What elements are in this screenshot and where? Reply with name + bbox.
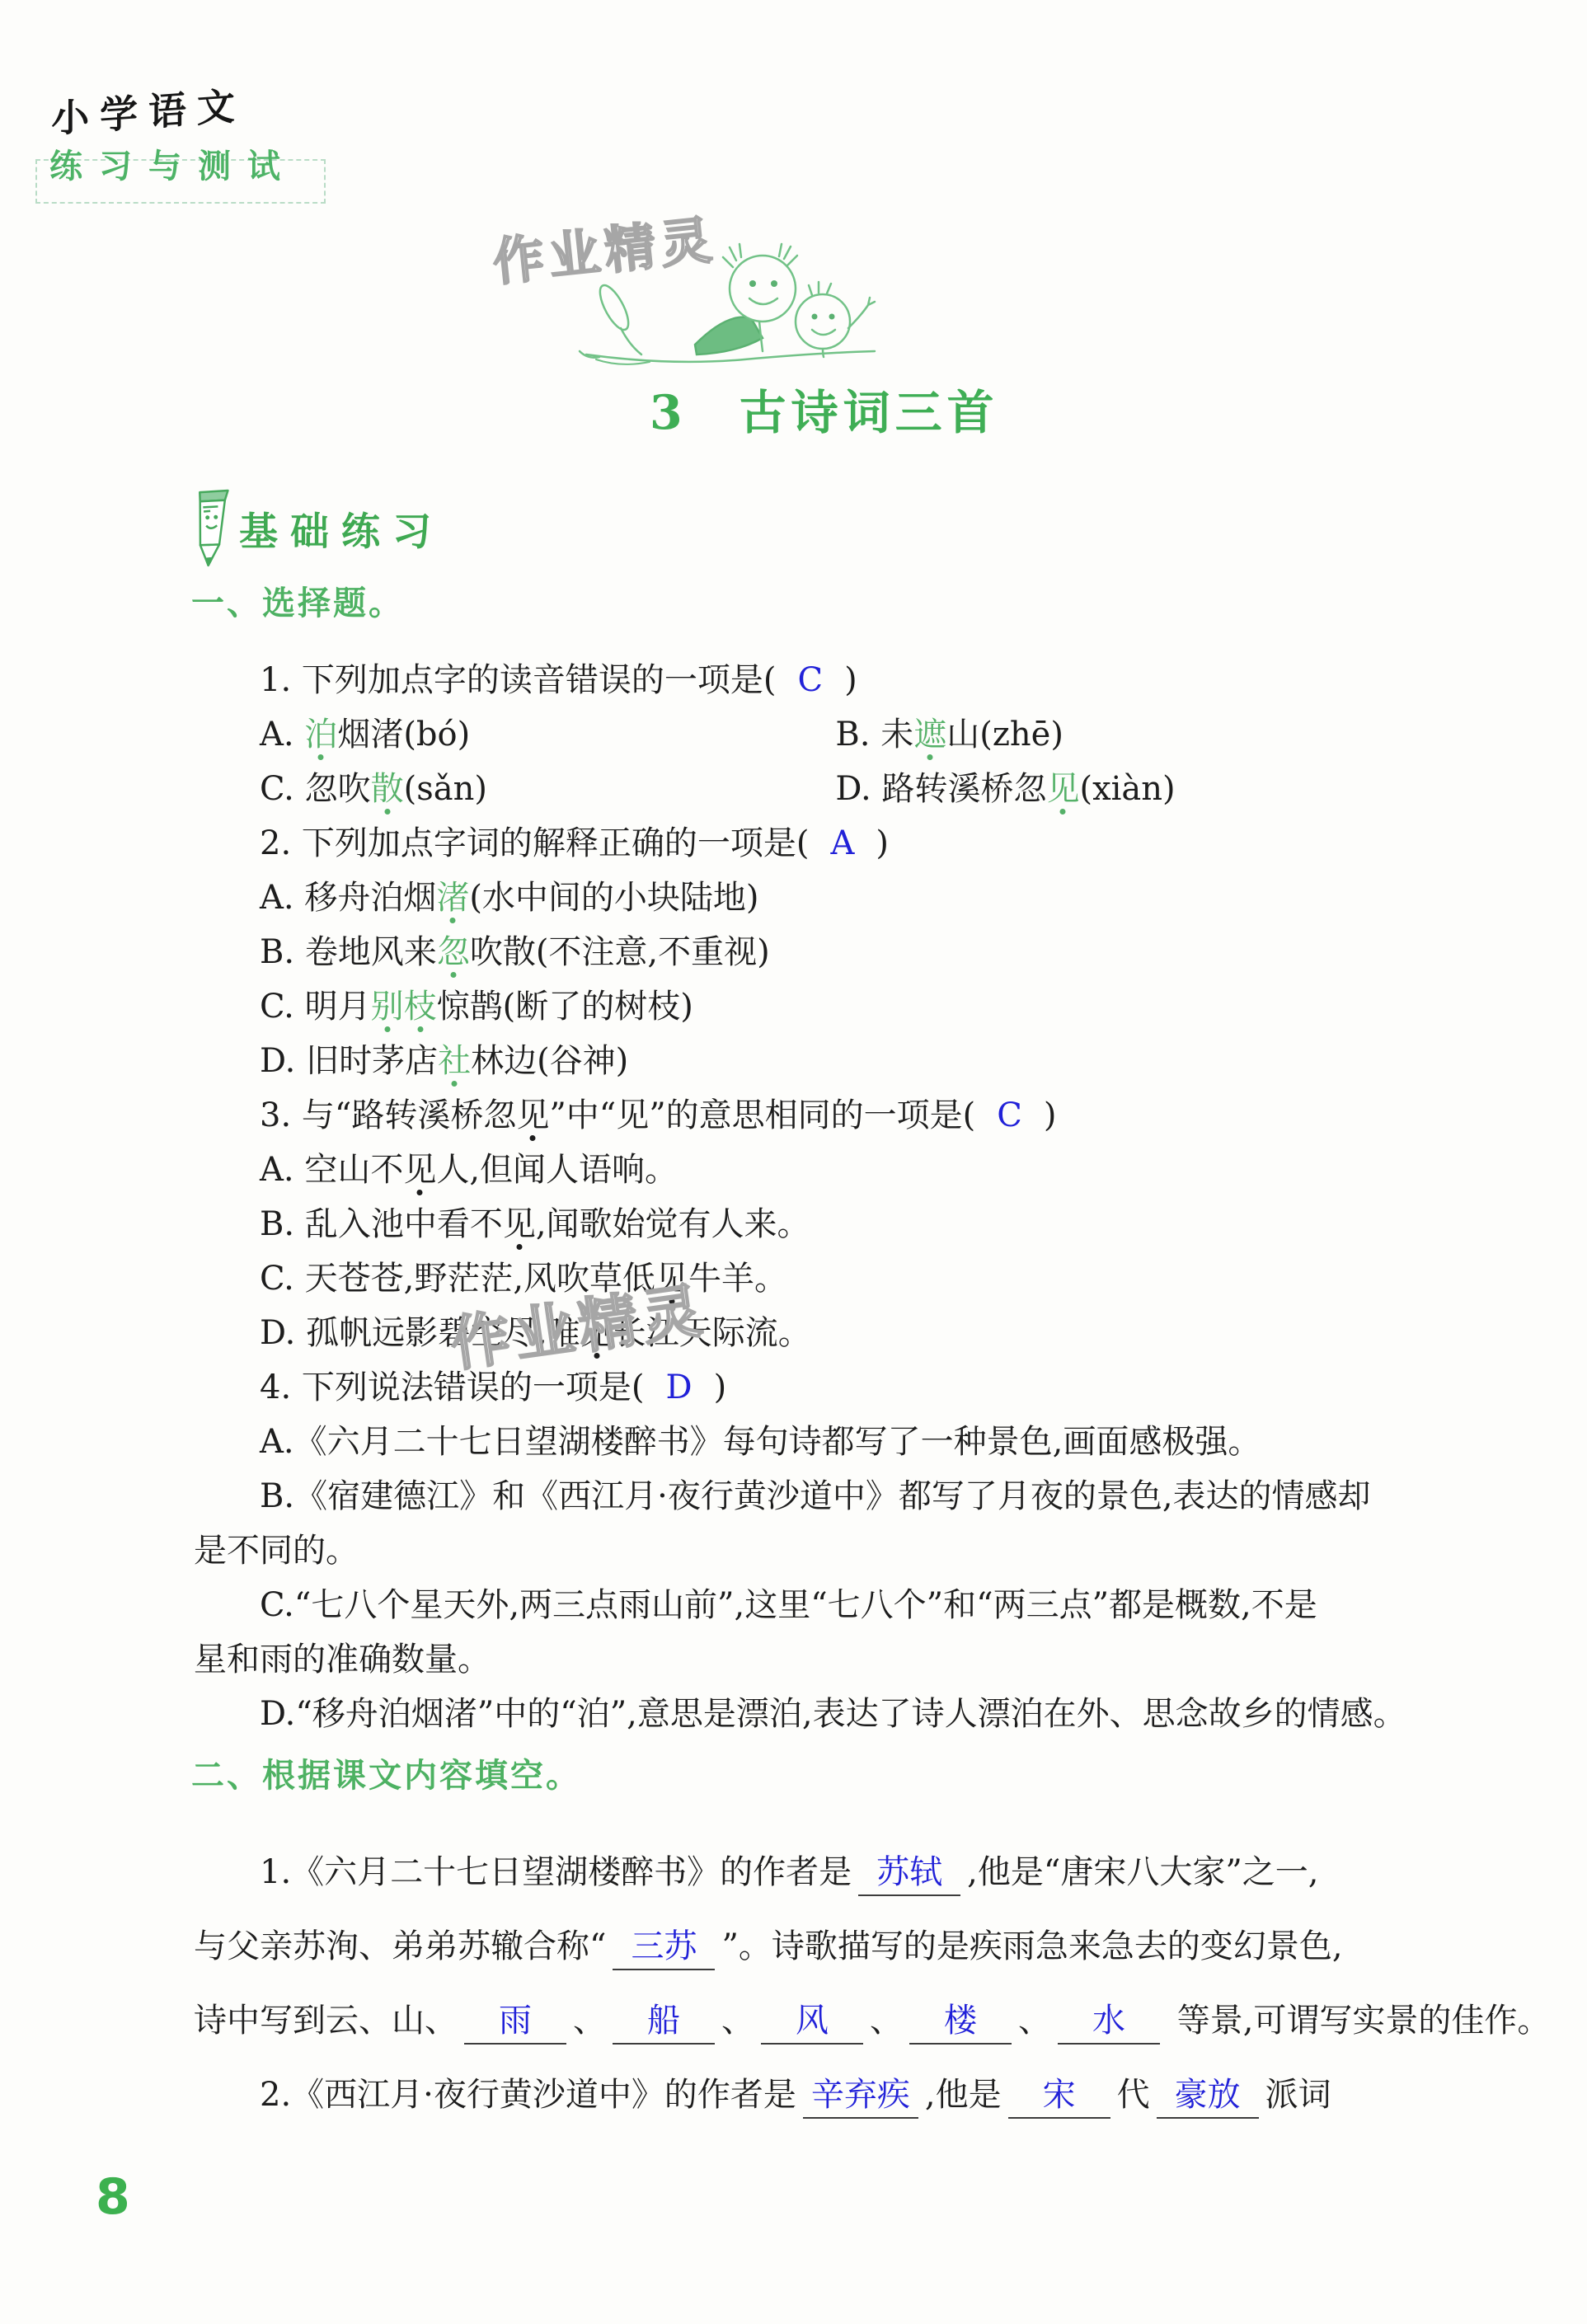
text-segment: 、: [721, 2002, 754, 2040]
option-2d: D. 旧时茅店社林边(谷神): [194, 1039, 1459, 1093]
text-segment: ): [1044, 1096, 1057, 1134]
pencil-icon: [185, 486, 237, 572]
option-4d: D.“移舟泊烟渚”中的“泊”,意思是漂泊,表达了诗人漂泊在外、思念故乡的情感。: [194, 1692, 1459, 1746]
option-column: D. 路转溪桥忽见(xiàn): [835, 770, 1175, 808]
text-segment: B. 未: [835, 716, 913, 754]
answer-letter: A: [809, 824, 876, 862]
option-2c: C. 明月别枝惊鹊(断了的树枝): [194, 984, 1459, 1039]
answer-letter: C: [776, 661, 844, 699]
text-segment: 4. 下列说法错误的一项是(: [260, 1369, 644, 1406]
text-segment: 烟渚(bó): [337, 716, 470, 754]
fill-1b: 与父亲苏洵、弟弟苏辙合称“三苏”。诗歌描写的是疾雨急来急去的变幻景色,: [194, 1923, 1459, 1997]
fill-1c: 诗中写到云、山、雨、船、风、楼、水 等景,可谓写实景的佳作。: [194, 1997, 1459, 2071]
fill-in-blanks-block: 1.《六月二十七日望湖楼醉书》的作者是苏轼,他是“唐宋八大家”之一,与父亲苏洵、…: [194, 1848, 1459, 2145]
blank-answer: 船: [613, 2000, 715, 2045]
text-segment: B. 卷地风来: [260, 933, 437, 971]
text-segment: B.《宿建德江》和《西江月·夜行黄沙道中》都写了月夜的景色,表达的情感却: [260, 1477, 1371, 1515]
lesson-title: 3 古诗词三首: [650, 375, 999, 443]
option-4c: C.“七八个星天外,两三点雨山前”,这里“七八个”和“两三点”都是概数,不是: [194, 1583, 1459, 1637]
text-segment: 3. 与“路转溪桥忽: [260, 1096, 516, 1134]
option-2b: B. 卷地风来忽吹散(不注意,不重视): [194, 930, 1459, 984]
answer-letter: D: [644, 1369, 713, 1406]
text-segment: (sǎn): [404, 770, 487, 808]
emphasized-char: 见: [655, 1256, 688, 1301]
text-segment: D. 路转溪桥忽: [835, 770, 1046, 808]
question-3: 3. 与“路转溪桥忽见”中“见”的意思相同的一项是(C): [194, 1093, 1459, 1148]
emphasized-char: 见: [1046, 767, 1079, 811]
blank-answer: 苏轼: [858, 1852, 960, 1896]
text-segment: 人,但闻人语响。: [436, 1151, 678, 1189]
text-segment: D. 旧时茅店: [260, 1042, 438, 1080]
text-segment: 、: [573, 2002, 606, 2040]
fill-1a: 1.《六月二十七日望湖楼醉书》的作者是苏轼,他是“唐宋八大家”之一,: [194, 1848, 1459, 1923]
option-3d: D. 孤帆远影碧空尽,唯见长江天际流。: [194, 1311, 1459, 1365]
kids-illustration: [571, 229, 889, 373]
text-segment: 诗中写到云、山、: [194, 2002, 458, 2040]
option-4a: A.《六月二十七日望湖楼醉书》每句诗都写了一种景色,画面感极强。: [194, 1420, 1459, 1474]
text-segment: C. 明月: [260, 988, 371, 1026]
text-segment: 2. 下列加点字词的解释正确的一项是(: [260, 824, 809, 862]
text-segment: 长江天际流。: [613, 1314, 811, 1352]
emphasized-char: 忽: [437, 930, 470, 974]
text-segment: 吹散(不注意,不重视): [470, 933, 770, 971]
blank-answer: 楼: [909, 2000, 1012, 2045]
blank-answer: 辛弃疾: [803, 2074, 918, 2119]
blank-answer: 三苏: [613, 1926, 715, 1970]
emphasized-char: 见: [503, 1202, 536, 1247]
text-segment: ): [844, 661, 857, 699]
text-segment: ,闻歌始觉有人来。: [536, 1205, 810, 1243]
text-segment: 星和雨的准确数量。: [194, 1641, 491, 1678]
text-segment: C.“七八个星天外,两三点雨山前”,这里“七八个”和“两三点”都是概数,不是: [260, 1586, 1317, 1624]
text-segment: 惊鹊(断了的树枝): [437, 988, 693, 1026]
text-segment: D. 孤帆远影碧空尽,唯: [260, 1314, 580, 1352]
fill-2: 2.《西江月·夜行黄沙道中》的作者是辛弃疾,他是宋代豪放派词: [194, 2071, 1459, 2145]
emphasized-char: 别: [371, 984, 404, 1029]
choice-questions-block: 1. 下列加点字的读音错误的一项是(C)A. 泊烟渚(bó)B. 未遮山(zhē…: [194, 658, 1459, 1746]
brand-title: 小学语文: [51, 76, 245, 144]
section-heading: 基础练习: [239, 501, 444, 556]
emphasized-char: 散: [371, 767, 404, 811]
text-segment: (水中间的小块陆地): [469, 879, 758, 917]
text-segment: ,他是: [925, 2076, 1002, 2114]
question-4: 4. 下列说法错误的一项是(D): [194, 1365, 1459, 1420]
answer-letter: C: [975, 1096, 1044, 1134]
text-segment: C. 天苍苍,野茫茫,风吹草低: [260, 1260, 655, 1298]
text-segment: ): [876, 824, 889, 862]
text-segment: 、: [1018, 2002, 1051, 2040]
blank-answer: 豪放: [1157, 2074, 1259, 2119]
blank-answer: 风: [761, 2000, 863, 2045]
option-column: B. 未遮山(zhē): [835, 716, 1063, 754]
emphasized-char: 见: [580, 1311, 613, 1355]
option-3b: B. 乱入池中看不见,闻歌始觉有人来。: [194, 1202, 1459, 1256]
options-1-ab: A. 泊烟渚(bó)B. 未遮山(zhē): [194, 712, 1459, 767]
text-segment: ”中“见”的意思相同的一项是(: [549, 1096, 975, 1134]
option-column: A. 泊烟渚(bó): [260, 712, 835, 757]
part1-heading: 一、选择题。: [191, 577, 404, 624]
text-segment: D.“移舟泊烟渚”中的“泊”,意思是漂泊,表达了诗人漂泊在外、思念故乡的情感。: [260, 1695, 1406, 1733]
text-segment: 与父亲苏洵、弟弟苏辙合称“: [194, 1927, 606, 1965]
blank-answer: 宋: [1008, 2074, 1110, 2119]
text-segment: 代: [1117, 2076, 1150, 2114]
text-segment: 1. 下列加点字的读音错误的一项是(: [260, 661, 776, 699]
option-4b: B.《宿建德江》和《西江月·夜行黄沙道中》都写了月夜的景色,表达的情感却: [194, 1474, 1459, 1528]
text-segment: (xiàn): [1079, 770, 1175, 808]
page-number: 8: [96, 2168, 130, 2226]
text-segment: A. 空山不: [260, 1151, 403, 1189]
text-segment: 林边(谷神): [471, 1042, 628, 1080]
text-segment: 、: [870, 2002, 903, 2040]
option-column: C. 忽吹散(sǎn): [260, 767, 835, 811]
text-segment: 是不同的。: [194, 1532, 359, 1570]
blank-answer: 水: [1058, 2000, 1160, 2045]
text-segment: 等景,可谓写实景的佳作。: [1167, 2002, 1550, 2040]
option-4c-cont: 星和雨的准确数量。: [194, 1637, 1459, 1692]
text-segment: A. 移舟泊烟: [260, 879, 436, 917]
emphasized-char: 遮: [913, 712, 946, 757]
question-2: 2. 下列加点字词的解释正确的一项是(A): [194, 821, 1459, 876]
blank-answer: 雨: [464, 2000, 566, 2045]
text-segment: ”。诗歌描写的是疾雨急来急去的变幻景色,: [721, 1927, 1342, 1965]
text-segment: C. 忽吹: [260, 770, 371, 808]
option-3c: C. 天苍苍,野茫茫,风吹草低见牛羊。: [194, 1256, 1459, 1311]
text-segment: ): [714, 1369, 727, 1406]
option-2a: A. 移舟泊烟渚(水中间的小块陆地): [194, 876, 1459, 930]
emphasized-char: 见: [516, 1093, 549, 1138]
text-segment: 牛羊。: [688, 1260, 787, 1298]
option-3a: A. 空山不见人,但闻人语响。: [194, 1148, 1459, 1202]
option-4b-cont: 是不同的。: [194, 1528, 1459, 1583]
brand-subtitle: 练习与测试: [49, 140, 297, 187]
emphasized-char: 泊: [304, 712, 337, 757]
emphasized-char: 社: [438, 1039, 471, 1083]
text-segment: A.《六月二十七日望湖楼醉书》每句诗都写了一种景色,画面感极强。: [260, 1423, 1261, 1461]
text-segment: 2.《西江月·夜行黄沙道中》的作者是: [260, 2076, 796, 2114]
text-segment: ,他是“唐宋八大家”之一,: [967, 1853, 1318, 1891]
text-segment: 派词: [1265, 2076, 1331, 2114]
text-segment: B. 乱入池中看不: [260, 1205, 503, 1243]
workbook-page: 小学语文 练习与测试 作业精灵 作业精灵: [0, 0, 1587, 2324]
part2-heading: 二、根据课文内容填空。: [191, 1749, 581, 1796]
emphasized-char: 见: [403, 1148, 436, 1192]
question-1: 1. 下列加点字的读音错误的一项是(C): [194, 658, 1459, 712]
emphasized-char: 枝: [404, 984, 437, 1029]
text-segment: 山(zhē): [946, 716, 1063, 754]
options-1-cd: C. 忽吹散(sǎn)D. 路转溪桥忽见(xiàn): [194, 767, 1459, 821]
emphasized-char: 渚: [436, 876, 469, 920]
text-segment: 1.《六月二十七日望湖楼醉书》的作者是: [260, 1853, 852, 1891]
text-segment: A.: [260, 716, 304, 754]
